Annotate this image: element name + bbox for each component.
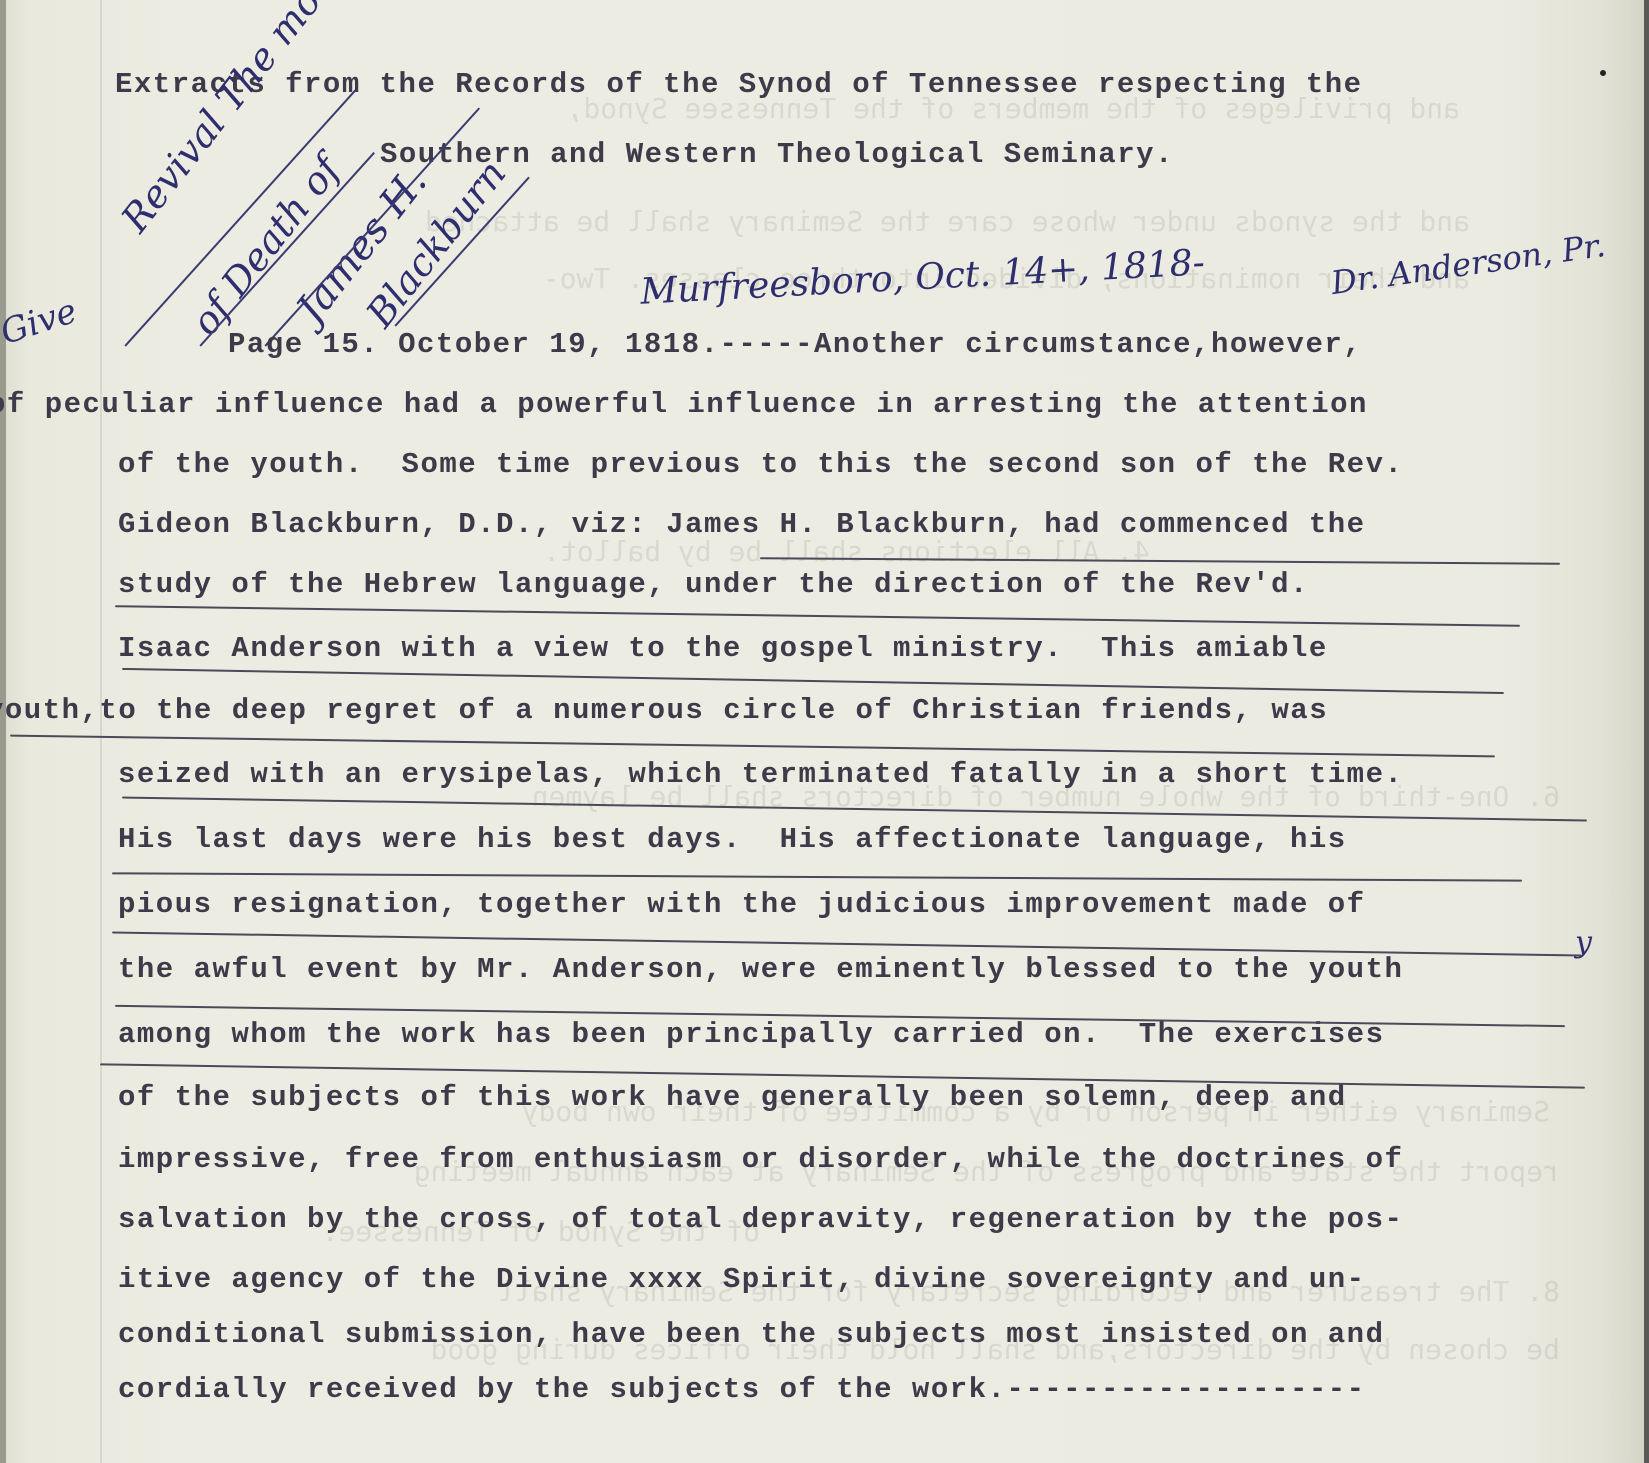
underline-mark — [112, 872, 1522, 881]
body-line: impressive, free from enthusiasm or diso… — [118, 1145, 1403, 1174]
page-fold-line — [100, 0, 102, 1463]
body-line: itive agency of the Divine xxxx Spirit, … — [118, 1265, 1366, 1294]
ink-dot — [1600, 70, 1606, 76]
body-line: Gideon Blackburn, D.D., viz: James H. Bl… — [118, 510, 1366, 539]
body-line: conditional submission, have been the su… — [118, 1320, 1385, 1349]
handwritten-date-note: Murfreesboro, Oct. 14+, 1818- — [639, 245, 1205, 311]
body-line: Page 15. October 19, 1818.-----Another c… — [228, 330, 1362, 359]
page-right-edge — [1644, 0, 1649, 1463]
body-line: study of the Hebrew language, under the … — [118, 570, 1309, 599]
page-left-edge — [0, 0, 6, 1463]
body-line: the awful event by Mr. Anderson, were em… — [118, 955, 1403, 984]
body-line: youth,to the deep regret of a numerous c… — [0, 696, 1328, 725]
body-line: of the subjects of this work have genera… — [118, 1083, 1347, 1112]
body-line: of the youth. Some time previous to this… — [118, 450, 1403, 479]
document-title-line-2: Southern and Western Theological Seminar… — [380, 140, 1174, 169]
body-line: of peculiar influence had a powerful inf… — [0, 390, 1368, 419]
body-line: Isaac Anderson with a view to the gospel… — [118, 634, 1328, 663]
body-line: cordially received by the subjects of th… — [118, 1375, 1366, 1404]
ghost-text-line: and the synods under whose care the Semi… — [425, 205, 1470, 238]
handwritten-margin-word: Give — [0, 294, 81, 350]
body-line: pious resignation, together with the jud… — [118, 890, 1366, 919]
body-line: among whom the work has been principally… — [118, 1020, 1385, 1049]
underline-mark — [115, 605, 1520, 627]
body-line: His last days were his best days. His af… — [118, 825, 1347, 854]
document-title-line-1: Extracts from the Records of the Synod o… — [115, 70, 1363, 99]
document-page: and privileges of the members of the Ten… — [0, 0, 1649, 1463]
underline-mark — [122, 668, 1504, 694]
body-line: salvation by the cross, of total depravi… — [118, 1205, 1403, 1234]
underline-mark — [10, 735, 1495, 758]
body-line: seized with an erysipelas, which termina… — [118, 760, 1403, 789]
